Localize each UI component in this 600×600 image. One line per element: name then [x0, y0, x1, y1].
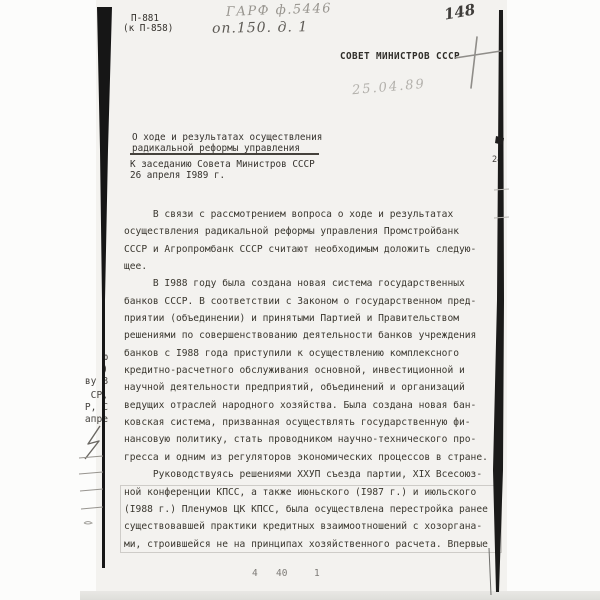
body-text: В связи с рассмотрением вопроса о ходе и… — [124, 206, 488, 553]
subtitle-line-2: 26 апреля I989 г. — [130, 170, 225, 181]
body-line: ми, строившейся не на принципах хозяйств… — [124, 536, 488, 553]
footer-number-left: 4 — [252, 568, 258, 579]
fragment-text: ю — [74, 352, 108, 363]
body-line: кредитно-расчетного обслуживания основно… — [124, 362, 488, 379]
body-line: гресса и одним из регуляторов экономичес… — [124, 449, 488, 466]
sheet-number: 148 — [443, 0, 477, 23]
body-line: ной конференции КПСС, а также июньского … — [124, 484, 488, 501]
body-line: СССР и Агропромбанк СССР считают необход… — [124, 241, 488, 258]
body-line: В связи с рассмотрением вопроса о ходе и… — [124, 206, 488, 223]
scanned-document: П-881 (к П-858) ГАРФ ф.5446 оп.150. д. 1… — [0, 0, 600, 600]
body-line: ведущих отраслей народного хозяйства. Бы… — [124, 397, 488, 414]
body-line: решениями по совершенствованию деятельно… — [124, 327, 488, 344]
body-line: банков с I988 года приступили к осуществ… — [124, 345, 488, 362]
subtitle-line-1: К заседанию Совета Министров СССР — [130, 159, 315, 170]
body-line: Руководствуясь решениями ХХУП съезда пар… — [124, 466, 488, 483]
fragment-text: апре — [74, 414, 108, 425]
archive-citation-opis: оп.150. д. 1 — [212, 19, 308, 37]
doc-number-ref: (к П-858) — [123, 23, 173, 34]
fragment-text: СР, — [74, 390, 108, 401]
fragment-text: Р, С — [74, 402, 108, 413]
body-line: ковская система, призванная осуществлять… — [124, 414, 488, 431]
edge-page-number: 24 — [492, 155, 502, 165]
archive-citation-fond: ГАРФ ф.5446 — [226, 1, 332, 20]
body-line: существовавшей практики кредитных взаимо… — [124, 518, 488, 535]
title-line-1: О ходе и результатах осуществления — [132, 132, 322, 143]
footer-number-center: 40 — [276, 568, 287, 579]
text-layer: П-881 (к П-858) ГАРФ ф.5446 оп.150. д. 1… — [0, 0, 600, 600]
org-name: СОВЕТ МИНИСТРОВ СССР — [340, 51, 460, 62]
title-underline — [130, 153, 319, 155]
body-line: приятии (объединении) и принятыми Партие… — [124, 310, 488, 327]
body-line: нансовую политику, стать проводником нау… — [124, 431, 488, 448]
body-line: научной деятельности предприятий, объеди… — [124, 379, 488, 396]
underlying-page-fragments: ю ) ву В СР, Р, С апре — [74, 350, 108, 428]
date-stamp: 25.04.89 — [351, 77, 426, 98]
footer-number-right: 1 — [314, 568, 320, 579]
body-line: осуществления радикальной реформы управл… — [124, 223, 488, 240]
body-line: щее. — [124, 258, 488, 275]
title-line-2: радикальной реформы управления — [132, 143, 300, 154]
body-line: (I988 г.) Пленумов ЦК КПСС, была осущест… — [124, 501, 488, 518]
body-line: банков СССР. В соответствии с Законом о … — [124, 293, 488, 310]
fragment-text: ) — [74, 364, 108, 375]
fragment-text: ву В — [74, 376, 108, 387]
body-line: В I988 году была создана новая система г… — [124, 275, 488, 292]
